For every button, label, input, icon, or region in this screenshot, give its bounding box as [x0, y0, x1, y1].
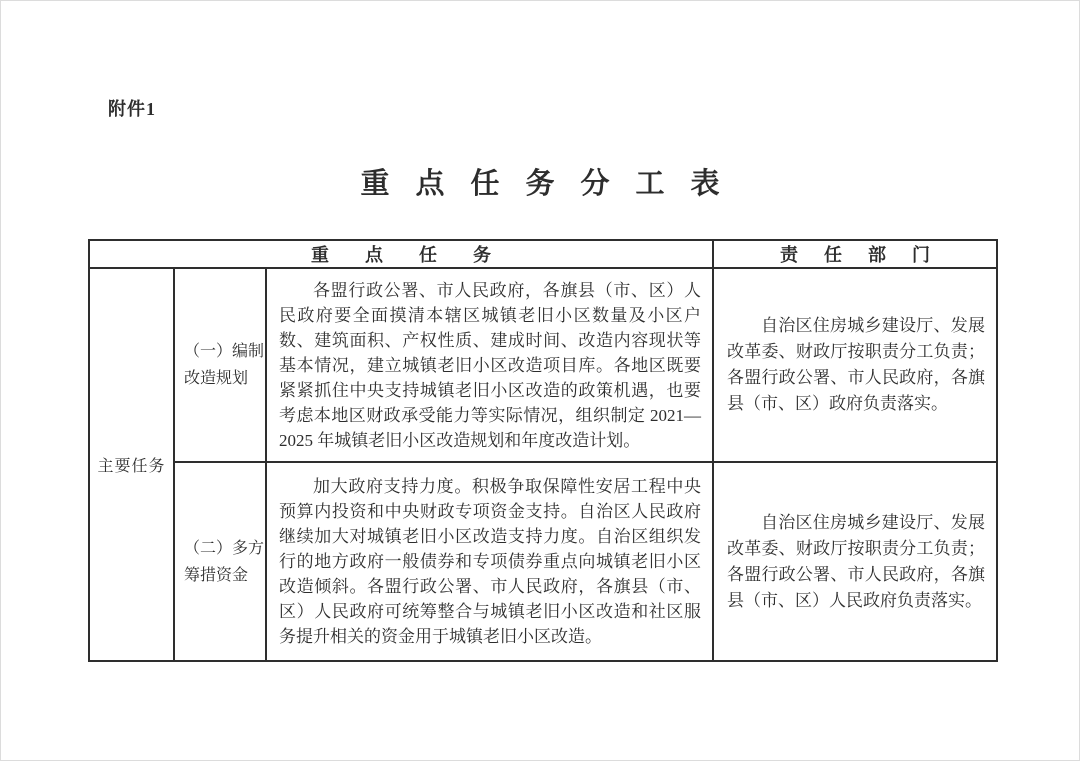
row-group-label-main-tasks: 主要任务: [89, 268, 174, 661]
task-2-department: 自治区住房城乡建设厅、发展改革委、财政厅按职责分工负责；各盟行政公署、市人民政府…: [727, 510, 985, 614]
task-1-department: 自治区住房城乡建设厅、发展改革委、财政厅按职责分工负责；各盟行政公署、市人民政府…: [727, 313, 985, 417]
task-2-description: 加大政府支持力度。积极争取保障性安居工程中央预算内投资和中央财政专项资金支持。自…: [279, 474, 701, 649]
page-title: 重点任务分工表: [1, 161, 1079, 202]
task-2-label-line-2: 筹措资金: [184, 562, 265, 589]
task-1-label-line-1: （一）编制: [184, 338, 265, 365]
task-1-description-cell: 各盟行政公署、市人民政府，各旗县（市、区）人民政府要全面摸清本辖区城镇老旧小区数…: [266, 268, 713, 462]
column-header-responsible-department: 责任部门: [713, 240, 997, 268]
attachment-label: 附件1: [108, 95, 156, 121]
task-1-label-cell: （一）编制 改造规划: [174, 268, 266, 462]
task-division-table: 重点任务 责任部门 主要任务 （一）编制 改造规划 各盟行政公署、市人民政府，各…: [88, 239, 998, 662]
document-page: 附件1 重点任务分工表 重点任务 责任部门 主要任务 （一）编制 改造规划 各盟…: [0, 0, 1080, 761]
task-1-label-line-2: 改造规划: [184, 365, 265, 392]
column-header-key-tasks: 重点任务: [89, 240, 713, 268]
task-2-department-cell: 自治区住房城乡建设厅、发展改革委、财政厅按职责分工负责；各盟行政公署、市人民政府…: [713, 462, 997, 661]
task-2-description-cell: 加大政府支持力度。积极争取保障性安居工程中央预算内投资和中央财政专项资金支持。自…: [266, 462, 713, 661]
task-2-label-cell: （二）多方 筹措资金: [174, 462, 266, 661]
task-1-department-cell: 自治区住房城乡建设厅、发展改革委、财政厅按职责分工负责；各盟行政公署、市人民政府…: [713, 268, 997, 462]
table-row: 主要任务 （一）编制 改造规划 各盟行政公署、市人民政府，各旗县（市、区）人民政…: [89, 268, 997, 462]
task-2-label-line-1: （二）多方: [184, 535, 265, 562]
table-header-row: 重点任务 责任部门: [89, 240, 997, 268]
task-1-description: 各盟行政公署、市人民政府，各旗县（市、区）人民政府要全面摸清本辖区城镇老旧小区数…: [279, 278, 701, 453]
table-row: （二）多方 筹措资金 加大政府支持力度。积极争取保障性安居工程中央预算内投资和中…: [89, 462, 997, 661]
